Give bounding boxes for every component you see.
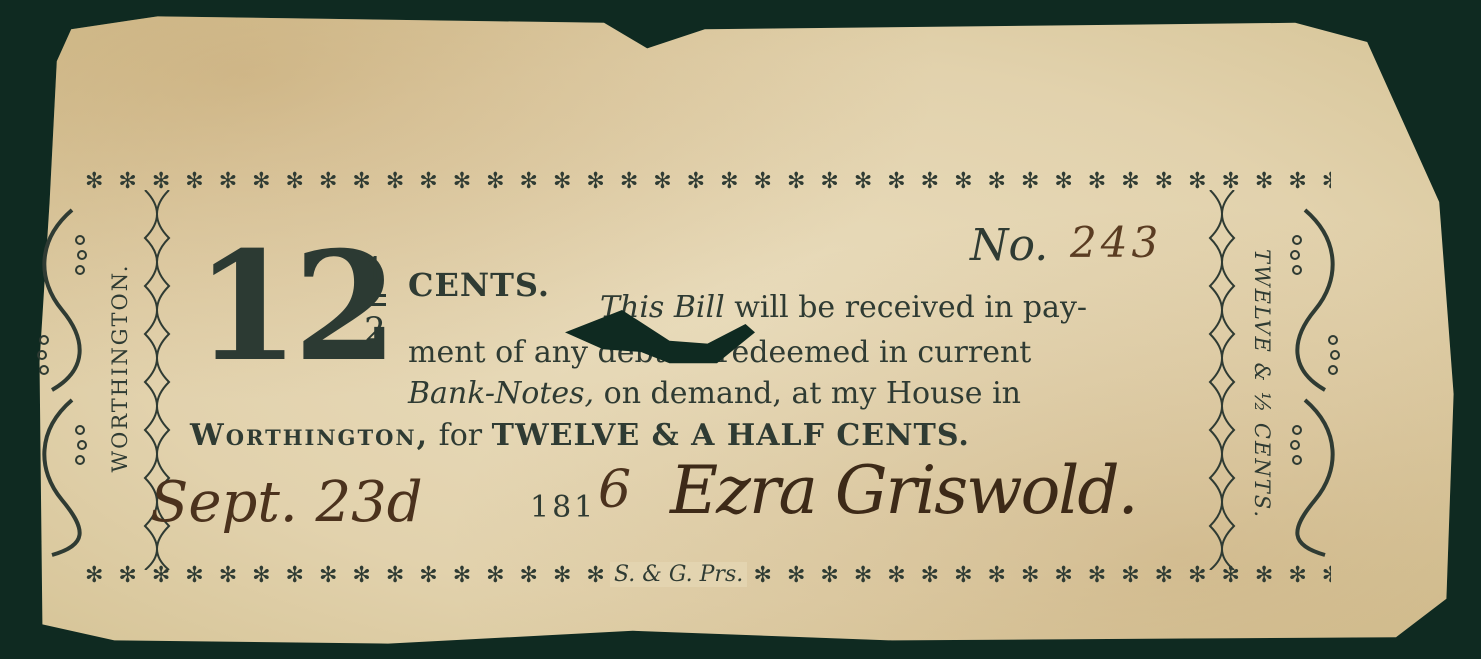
- amount-words: TWELVE & A HALF CENTS.: [492, 418, 970, 453]
- fraction-numerator: 1: [362, 252, 388, 288]
- town-name: Worthington,: [190, 418, 429, 453]
- handwritten-date: Sept. 23d: [150, 470, 423, 535]
- printer-mark: S. & G. Prs.: [610, 562, 747, 587]
- bill-text-line-3: Bank-Notes, on demand, at my House in: [408, 376, 1021, 411]
- right-chain-ornament: [1200, 190, 1244, 570]
- bill-text-line-1: This Bill will be received in pay-: [600, 290, 1087, 325]
- denomination-fraction: 1 2: [362, 252, 388, 348]
- signature: Ezra Griswold.: [670, 452, 1137, 529]
- printed-year: 181: [530, 490, 596, 525]
- for-word: for: [429, 418, 492, 453]
- line-3-rest: on demand, at my House in: [594, 376, 1021, 411]
- left-vine-ornament: [32, 200, 92, 560]
- serial-prefix: No.: [970, 220, 1048, 271]
- fraction-denominator: 2: [362, 312, 388, 348]
- fraction-bar: [364, 294, 386, 306]
- bill-text-line-4: Worthington, for TWELVE & A HALF CENTS.: [190, 418, 970, 453]
- right-vertical-denomination: TWELVE & ½ CENTS.: [1250, 249, 1274, 519]
- handwritten-year-digit: 6: [598, 460, 631, 520]
- serial-number: 243: [1070, 218, 1162, 267]
- right-vine-ornament: [1285, 200, 1345, 560]
- bank-notes-phrase: Bank-Notes,: [408, 376, 594, 411]
- left-vertical-town-name: WORTHINGTON.: [108, 264, 132, 473]
- top-ornament-border: ✻ ✻ ✻ ✻ ✻ ✻ ✻ ✻ ✻ ✻ ✻ ✻ ✻ ✻ ✻ ✻ ✻ ✻ ✻ ✻ …: [85, 168, 1331, 196]
- cents-label: CENTS.: [408, 266, 550, 304]
- line-1-rest: will be received in pay-: [725, 290, 1087, 325]
